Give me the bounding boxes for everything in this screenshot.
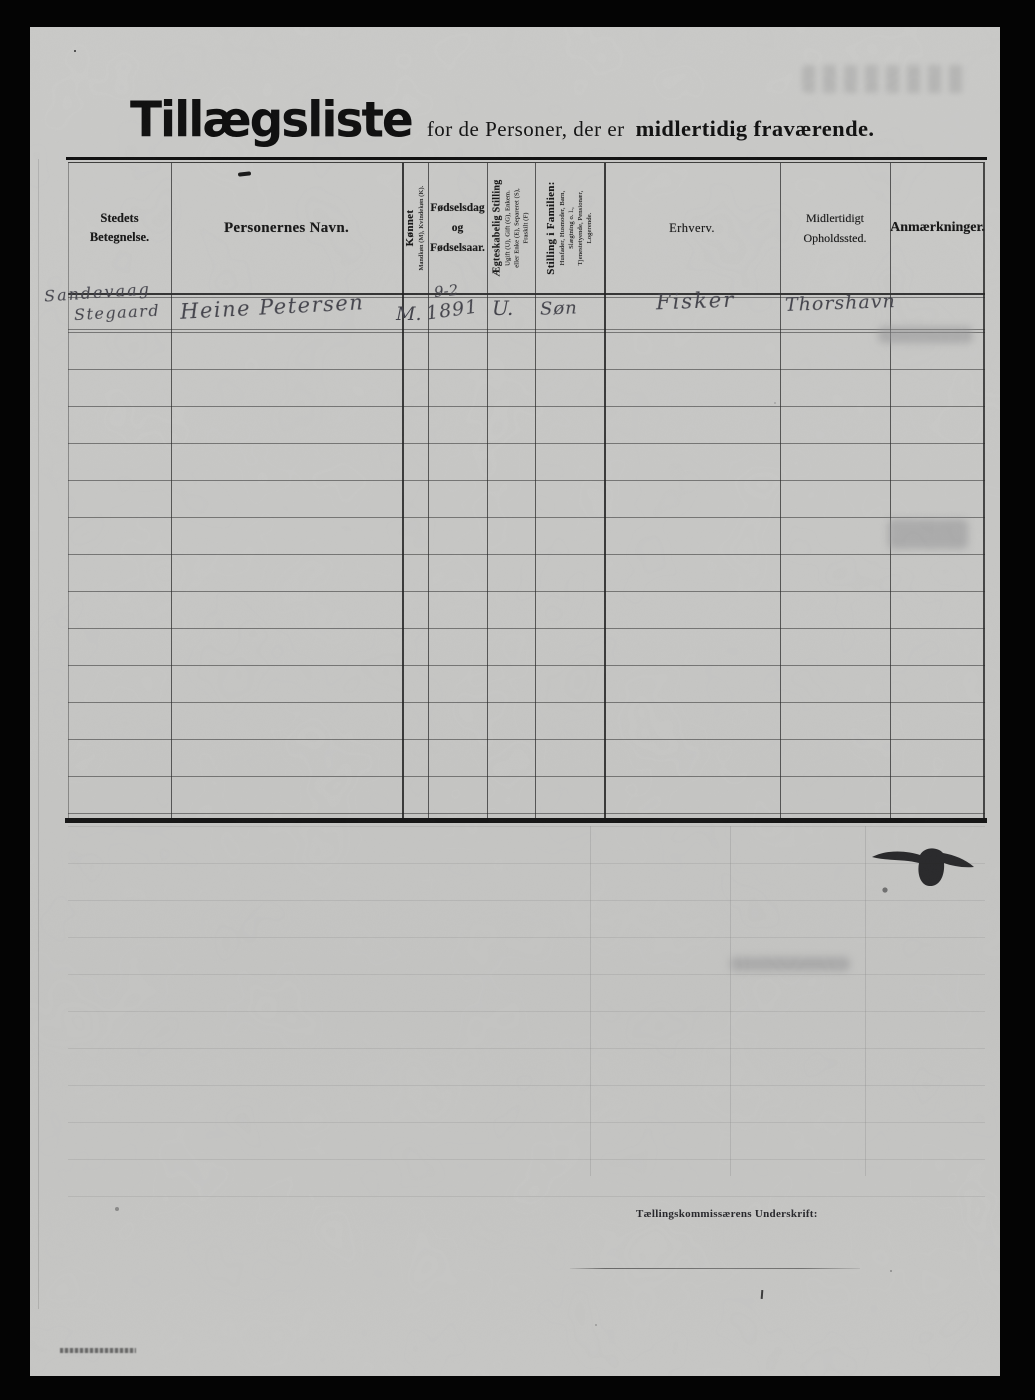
form-title-middle: for de Personer, der er (427, 117, 625, 142)
table-top-rule (66, 157, 987, 160)
col-divider-4 (487, 163, 488, 818)
table-body (68, 293, 985, 814)
col-header-family: Stilling i Familien: Husfader, Husmoder,… (535, 163, 604, 293)
table-header-row: Stedets Betegnelse. Personernes Navn. Kø… (68, 163, 985, 293)
col-header-sex: Kønnet Mandkøn (M), Kvindekøn (K). (402, 163, 428, 293)
ghost-grid-bleed (68, 826, 985, 1198)
col-header-sex-main: Kønnet (404, 164, 417, 292)
entry-family-position: Søn (540, 297, 578, 319)
dust-specks (74, 50, 76, 52)
ghost-column-line (590, 826, 591, 1176)
col-divider-7 (780, 163, 781, 818)
col-header-family-main: Stilling i Familien: (545, 164, 558, 292)
bleed-through-ghost-text (802, 65, 970, 93)
stray-mark (761, 1290, 764, 1299)
col-header-name: Personernes Navn. (171, 163, 402, 293)
printer-imprint (60, 1348, 136, 1353)
table-border-left (68, 163, 69, 818)
col-header-birth: Fødselsdag og Fødselsaar. (428, 163, 487, 293)
col-divider-2 (402, 163, 404, 818)
entry-occupation: Fisker (656, 288, 736, 315)
col-divider-1 (171, 163, 172, 818)
col-divider-6 (604, 163, 606, 818)
col-header-remarks: Anmærkninger. (890, 163, 985, 293)
entry-marital-status: U. (492, 296, 513, 320)
ghost-writing-smudge (888, 519, 968, 549)
col-header-place: Stedets Betegnelse. (68, 163, 171, 293)
form-title-emphasis: midlertidig fraværende. (636, 116, 875, 142)
col-header-marital-sub: Ugift (U), Gift (G), Enkem. eller Enke (… (503, 164, 531, 292)
signature-line (570, 1268, 860, 1269)
col-header-residence: Midlertidigt Opholdssted. (780, 163, 890, 293)
col-header-sex-sub: Mandkøn (M), Kvindekøn (K). (417, 164, 426, 292)
table-border-right (983, 163, 985, 818)
col-header-marital-main: Ægteskabelig Stilling (491, 164, 503, 292)
table-bottom-rule (65, 818, 987, 823)
ghost-column-line (730, 826, 731, 1176)
entry-temporary-residence: Thorshavn (785, 290, 896, 316)
ghost-writing-smudge (730, 957, 850, 971)
col-divider-3 (428, 163, 429, 818)
col-header-marital: Ægteskabelig Stilling Ugift (U), Gift (G… (487, 163, 535, 293)
census-form-page: Tillægsliste for de Personer, der er mid… (30, 27, 1000, 1376)
ghost-writing-smudge (878, 327, 973, 343)
col-header-occupation: Erhverv. (604, 163, 780, 293)
census-table: Stedets Betegnelse. Personernes Navn. Kø… (68, 157, 985, 823)
ink-blot (868, 842, 978, 900)
col-divider-8 (890, 163, 891, 818)
col-divider-5 (535, 163, 536, 818)
left-margin-line (38, 159, 39, 1309)
entry-sex: M. (396, 303, 422, 325)
form-title: Tillægsliste for de Personer, der er mid… (130, 93, 874, 148)
form-title-main: Tillægsliste (130, 92, 412, 149)
col-header-family-sub: Husfader, Husmoder, Barn, Slægtning o. l… (557, 164, 594, 292)
ghost-column-line (865, 826, 866, 1176)
signature-label: Tællingskommissærens Underskrift: (636, 1208, 818, 1220)
